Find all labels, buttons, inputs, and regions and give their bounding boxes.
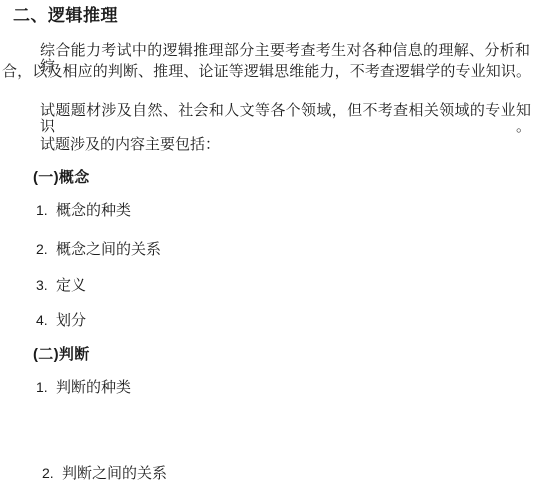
section-title: 二、逻辑推理 [13,7,118,25]
heading-concepts: (一)概念 [33,169,90,186]
list-item-definition: 3.定义 [36,277,86,294]
list-item-text: 概念之间的关系 [56,242,161,258]
list-item-text: 定义 [56,278,86,294]
list-item-number: 4. [36,312,56,328]
list-item-text: 判断的种类 [56,380,131,396]
list-item-number: 1. [36,202,56,218]
list-item-judgment-kinds: 1.判断的种类 [36,379,131,396]
scope-paragraph: 试题题材涉及自然、社会和人文等各个领域，但不考查相关领域的专业知识。 [40,103,531,135]
lead-in-paragraph: 试题涉及的内容主要包括： [40,137,220,153]
list-item-judgment-relations: 2.判断之间的关系 [42,465,167,482]
list-item-text: 划分 [56,313,86,329]
heading-judgments: (二)判断 [33,346,90,363]
list-item-number: 1. [36,379,56,395]
intro-paragraph-line-2: 合，以及相应的判断、推理、论证等逻辑思维能力，不考查逻辑学的专业知识。 [2,64,531,80]
list-item-number: 2. [42,465,62,481]
document-page: 二、逻辑推理 综合能力考试中的逻辑推理部分主要考查考生对各种信息的理解、分析和综… [0,0,535,490]
list-item-number: 3. [36,277,56,293]
list-item-division: 4.划分 [36,312,86,329]
list-item-text: 判断之间的关系 [62,466,167,482]
list-item-number: 2. [36,241,56,257]
list-item-concept-relations: 2.概念之间的关系 [36,241,161,258]
list-item-concept-kinds: 1.概念的种类 [36,202,131,219]
list-item-text: 概念的种类 [56,203,131,219]
